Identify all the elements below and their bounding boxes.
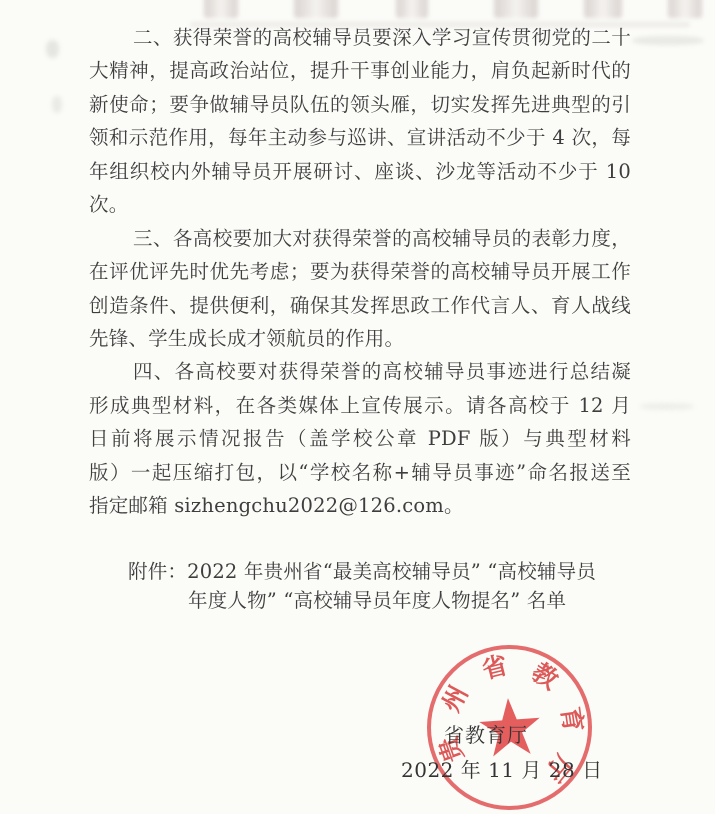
body-line: 次。 <box>89 188 631 221</box>
body-line: 三、各高校要加大对获得荣誉的高校辅导员的表彰力度， <box>89 222 631 255</box>
body-text: 二、获得荣誉的高校辅导员要深入学习宣传贯彻党的二十大精神，提高政治站位，提升干事… <box>89 21 631 523</box>
bleedthrough-mark <box>584 0 622 18</box>
body-line: 指定邮箱 sizhengchu2022@126.com。 <box>89 489 631 522</box>
signature-org: 省教育厅 <box>444 719 528 748</box>
bleedthrough-mark <box>494 0 538 18</box>
scan-smudge <box>640 403 694 410</box>
body-line: 版）一起压缩打包，以“学校名称+辅导员事迹”命名报送至 <box>89 456 631 489</box>
seal-char: 育 <box>557 705 586 734</box>
body-line: 在评优评先时优先考虑；要为获得荣誉的高校辅导员开展工作 <box>89 255 631 288</box>
bleedthrough-mark <box>294 0 338 18</box>
body-line: 四、各高校要对获得荣誉的高校辅导员事迹进行总结凝练， <box>89 355 631 388</box>
body-line: 创造条件、提供便利，确保其发挥思政工作代言人、育人战线 <box>89 289 631 322</box>
attachment-line-1: 附件：2022 年贵州省“最美高校辅导员” “高校辅导员 <box>128 558 648 587</box>
body-line: 日前将展示情况报告（盖学校公章 PDF 版）与典型材料（Word <box>89 422 631 455</box>
scan-smudge <box>52 96 62 113</box>
body-line: 大精神，提高政治站位，提升干事创业能力，肩负起新时代的 <box>89 54 631 87</box>
body-line: 新使命；要争做辅导员队伍的领头雁，切实发挥先进典型的引 <box>89 88 631 121</box>
attachment-line-2: 年度人物” “高校辅导员年度人物提名” 名单 <box>128 587 648 616</box>
body-line: 年组织校内外辅导员开展研讨、座谈、沙龙等活动不少于 10 <box>89 155 631 188</box>
body-line: 先锋、学生成长成才领航员的作用。 <box>89 322 631 355</box>
body-line: 形成典型材料，在各类媒体上宣传展示。请各高校于 12 月 15 <box>89 389 631 422</box>
bleedthrough-mark <box>204 0 238 18</box>
body-line: 领和示范作用，每年主动参与巡讲、宣讲活动不少于 4 次，每 <box>89 121 631 154</box>
signature-date: 2022 年 11 月 28 日 <box>401 754 603 783</box>
document-page: 二、获得荣誉的高校辅导员要深入学习宣传贯彻党的二十大精神，提高政治站位，提升干事… <box>0 0 715 814</box>
body-line: 二、获得荣誉的高校辅导员要深入学习宣传贯彻党的二十 <box>89 21 631 54</box>
scan-smudge <box>46 40 59 58</box>
scan-smudge <box>632 36 704 45</box>
attachment-note: 附件：2022 年贵州省“最美高校辅导员” “高校辅导员 年度人物” “高校辅导… <box>128 558 648 615</box>
bleedthrough-mark <box>668 0 702 18</box>
bleedthrough-mark <box>396 0 428 18</box>
